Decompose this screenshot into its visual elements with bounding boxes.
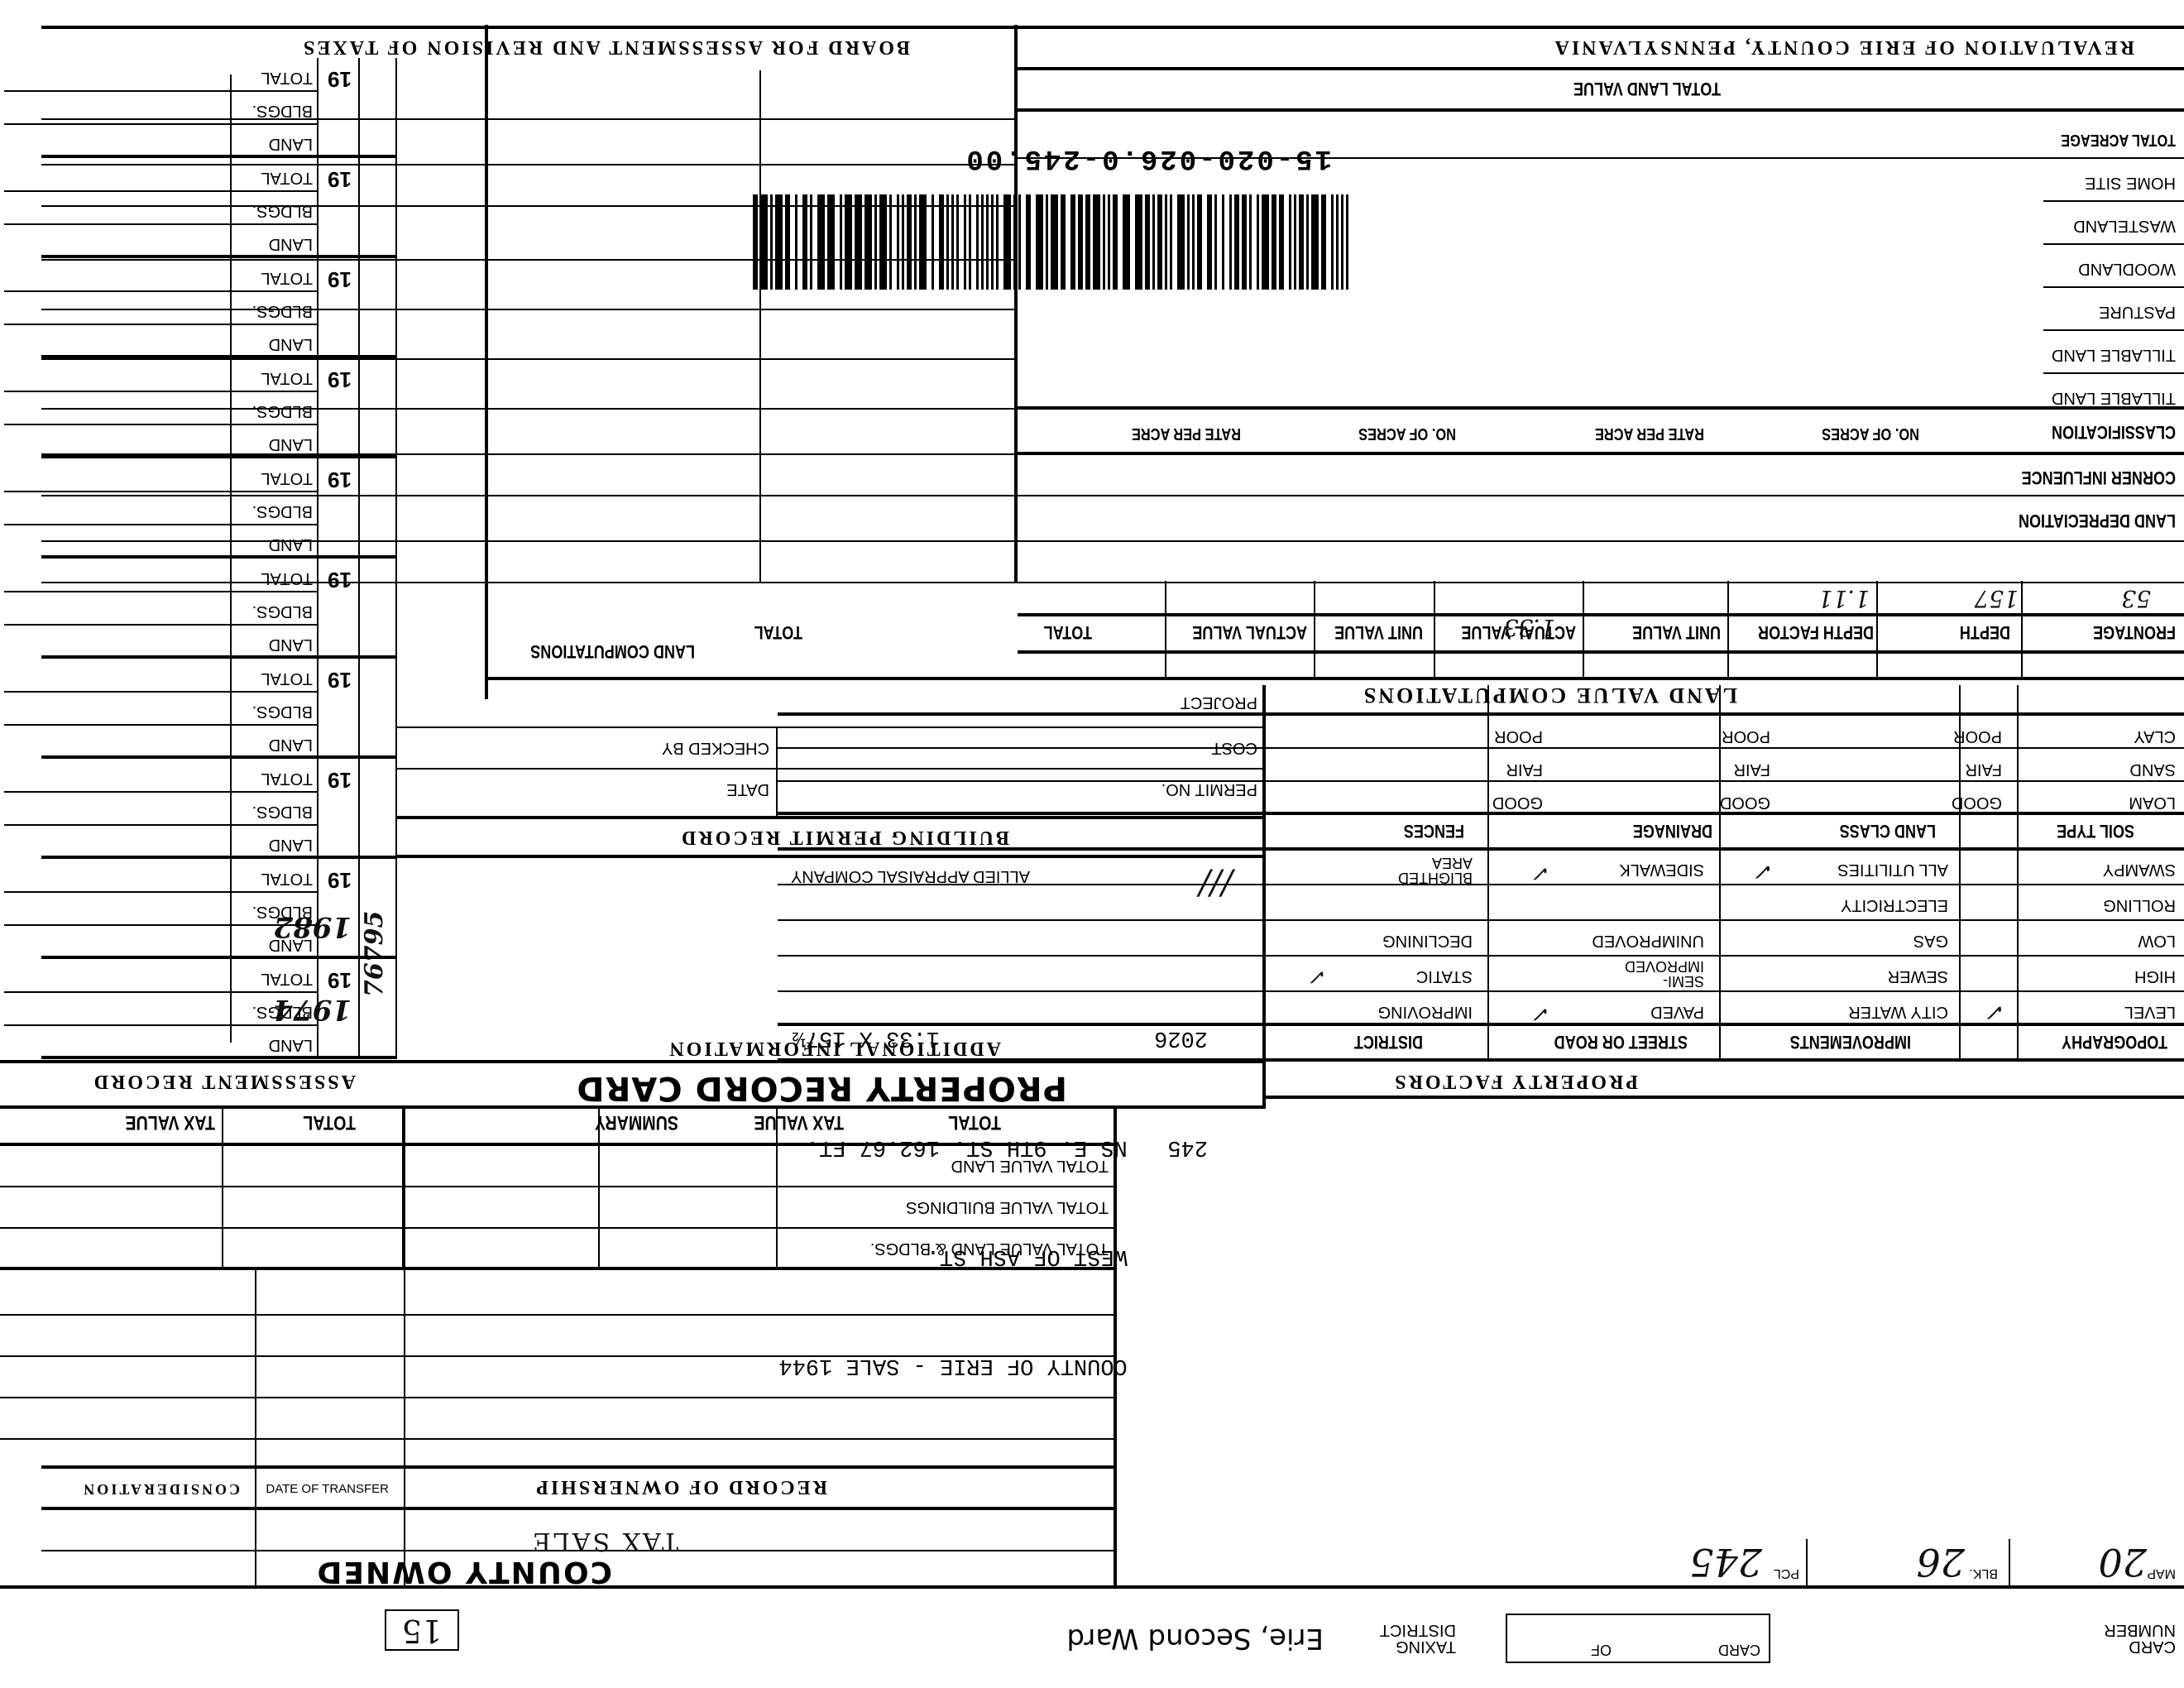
year-prefix: 19 bbox=[328, 867, 352, 893]
assessment-row-label: LAND bbox=[269, 234, 313, 253]
assessment-row-label: TOTAL bbox=[261, 468, 313, 487]
assessment-row-label: LAND bbox=[269, 935, 313, 954]
stamp-box: 15 bbox=[385, 1609, 459, 1651]
assessment-row-label: TOTAL bbox=[261, 568, 313, 587]
assessment-row-label: LAND bbox=[269, 535, 313, 554]
blk-value: 26 bbox=[1916, 1540, 1965, 1585]
year-prefix: 19 bbox=[328, 467, 352, 492]
assessment-row-label: LAND bbox=[269, 1035, 313, 1054]
year-prefix: 19 bbox=[328, 266, 352, 292]
assessment-row-label: TOTAL bbox=[261, 168, 313, 187]
map-label: MAP bbox=[2147, 1566, 2176, 1580]
year-prefix: 19 bbox=[328, 767, 352, 793]
map-value: 20 bbox=[2098, 1540, 2147, 1585]
lvc-headers: FRONTAGE DEPTH DEPTH FACTOR UNIT VALUE A… bbox=[488, 616, 2184, 650]
assessment-row-label: BLDGS. bbox=[252, 401, 313, 420]
blk-label: BLK. bbox=[1969, 1566, 1998, 1580]
assessment-row-label: TOTAL bbox=[261, 969, 313, 988]
assessment-row-label: TOTAL bbox=[261, 68, 313, 87]
assessment-row-label: LAND bbox=[269, 635, 313, 654]
year-prefix: 19 bbox=[328, 367, 352, 392]
barcode-icon bbox=[736, 194, 1348, 290]
summary-title: SUMMARY bbox=[595, 1110, 678, 1134]
assessment-row-label: BLDGS. bbox=[252, 201, 313, 220]
card-number-label: CARD NUMBER bbox=[2101, 1622, 2176, 1655]
assessment-row-label: TOTAL bbox=[261, 869, 313, 888]
property-record-card: REVALUATION OF ERIE COUNTY, PENNSYLVANIA… bbox=[0, 0, 2184, 1688]
assessment-row-label: BLDGS. bbox=[252, 301, 313, 320]
assessment-row-label: LAND bbox=[269, 434, 313, 453]
appraisal-company: ALLIED APPRAISAL COMPANY bbox=[791, 866, 1030, 885]
soil-land-drainage-fences: CLAY SAND LOAM POOR FAIR GOOD POOR FAIR … bbox=[778, 716, 2184, 815]
check-sidewalk-icon: ✓ bbox=[1533, 861, 1551, 885]
assessment-row-label: BLDGS. bbox=[252, 902, 313, 921]
classification-label: CLASSIFICATION bbox=[2052, 421, 2176, 443]
check-all-utilities-icon: ✓ bbox=[1755, 858, 1774, 885]
property-factors-title: PROPERTY FACTORS bbox=[1392, 1070, 1638, 1092]
pcl-label: PCL bbox=[1774, 1566, 1799, 1580]
year-prefix: 19 bbox=[328, 967, 352, 993]
taxing-district-label: TAXING DISTRICT bbox=[1357, 1622, 1456, 1655]
taxing-district-value: Erie, Second Ward bbox=[1066, 1622, 1324, 1655]
assessment-row-label: LAND bbox=[269, 334, 313, 353]
assessment-row-label: TOTAL bbox=[261, 268, 313, 287]
owner-stamp: COUNTY OWNED bbox=[316, 1555, 612, 1589]
assessment-row-label: LAND bbox=[269, 735, 313, 754]
assessment-record-title: ASSESSMENT RECORD bbox=[92, 1070, 356, 1092]
assessment-row-label: LAND bbox=[269, 835, 313, 854]
assessment-row-label: BLDGS. bbox=[252, 802, 313, 821]
header-left: REVALUATION OF ERIE COUNTY, PENNSYLVANIA bbox=[1553, 36, 2134, 58]
assessment-row-label: TOTAL bbox=[261, 769, 313, 788]
assessment-row-label: BLDGS. bbox=[252, 602, 313, 621]
lvc-row1: 53 157 1.11 bbox=[1018, 583, 2184, 612]
year-prefix: 19 bbox=[328, 667, 352, 693]
parcel-number: 15-020-026.0-245.00 bbox=[964, 142, 1332, 174]
assessment-row-label: TOTAL bbox=[261, 669, 313, 688]
year-prefix: 19 bbox=[328, 66, 352, 92]
assessment-row-label: BLDGS. bbox=[252, 101, 313, 120]
assessment-row-label: BLDGS. bbox=[252, 501, 313, 520]
building-permit-title: BUILDING PERMIT RECORD bbox=[679, 826, 1009, 848]
assessment-row-label: BLDGS. bbox=[252, 1002, 313, 1021]
handwritten-note: 76795 bbox=[360, 911, 389, 997]
total-land-value-title: TOTAL LAND VALUE bbox=[1573, 78, 1721, 99]
property-description: COUNTY OF ERIE - SALE 1944 WEST OF ASH S… bbox=[779, 947, 1208, 1456]
lvc-title: LAND VALUE COMPUTATIONS bbox=[1362, 683, 1737, 707]
header-right: BOARD FOR ASSESSMENT AND REVISION OF TAX… bbox=[301, 36, 910, 58]
assessment-row-label: LAND bbox=[269, 134, 313, 153]
check-static-icon: ✓ bbox=[1310, 964, 1328, 989]
year-prefix: 19 bbox=[328, 166, 352, 192]
handwritten-initials: /// bbox=[1200, 864, 1233, 902]
pcl-value: 245 bbox=[1689, 1540, 1762, 1585]
year-prefix: 19 bbox=[328, 567, 352, 592]
assessment-row-label: TOTAL bbox=[261, 368, 313, 387]
assessment-row-label: BLDGS. bbox=[252, 702, 313, 721]
card-of-box[interactable]: CARD OF bbox=[1506, 1614, 1770, 1663]
ownership-title: RECORD OF OWNERSHIP bbox=[534, 1475, 827, 1498]
